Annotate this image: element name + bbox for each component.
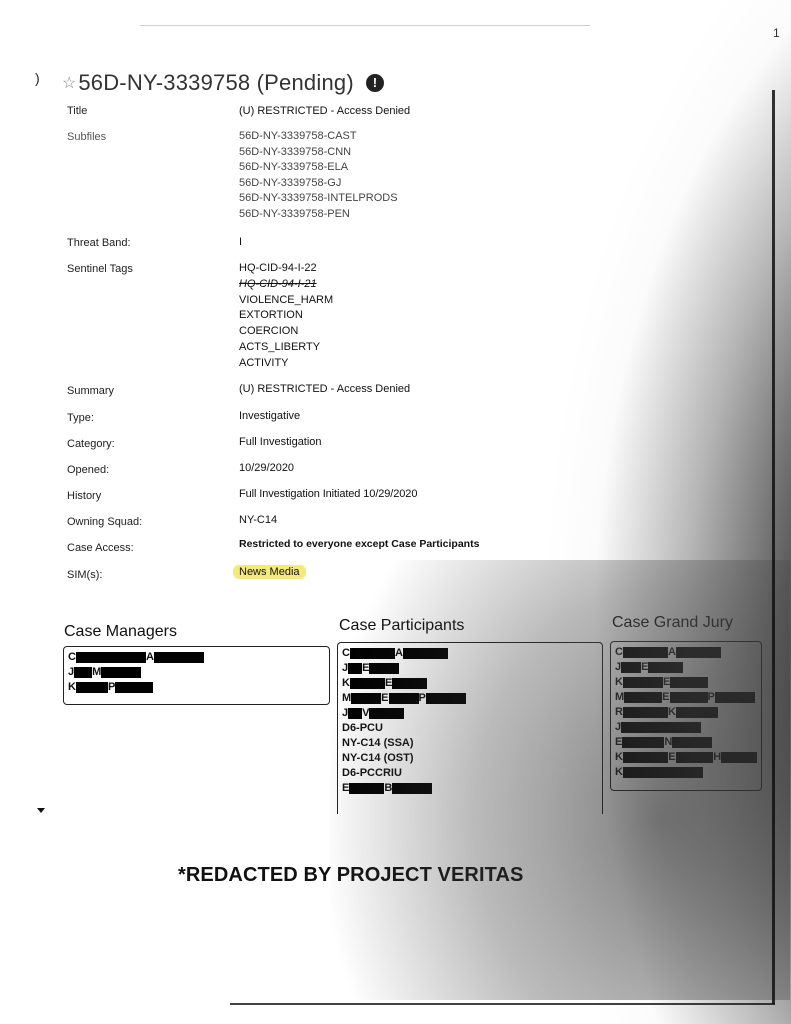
redaction-bar bbox=[676, 752, 714, 763]
entry-text: N bbox=[664, 735, 672, 750]
entry-text: E bbox=[362, 661, 369, 676]
redaction-bar bbox=[389, 693, 419, 704]
person-entry[interactable]: CA bbox=[615, 645, 757, 660]
redaction-bar bbox=[621, 662, 641, 673]
person-entry[interactable]: CA bbox=[342, 646, 598, 661]
page-edge-bottom bbox=[230, 1003, 775, 1005]
case-grand-jury-title: Case Grand Jury bbox=[612, 614, 733, 632]
person-entry[interactable]: KE bbox=[342, 676, 598, 691]
redaction-bar bbox=[392, 678, 427, 689]
sentinel-tag: VIOLENCE_HARM bbox=[239, 293, 333, 309]
entry-text: NY-C14 (SSA) bbox=[342, 736, 414, 751]
star-outline-icon[interactable]: ☆ bbox=[62, 73, 76, 93]
redaction-bar bbox=[348, 708, 362, 719]
entry-text: M bbox=[92, 665, 101, 680]
case-access-label: Case Access: bbox=[67, 542, 134, 554]
history-value: Full Investigation Initiated 10/29/2020 bbox=[239, 487, 417, 503]
entry-text: C bbox=[342, 646, 350, 661]
entry-text: K bbox=[68, 680, 76, 695]
entry-text: E bbox=[641, 660, 648, 675]
sentinel-tag: COERCION bbox=[239, 324, 333, 340]
person-entry[interactable]: JM bbox=[68, 665, 325, 680]
page-mark: 1 bbox=[773, 26, 780, 40]
redaction-bar bbox=[115, 682, 153, 693]
entry-text: E bbox=[668, 750, 675, 765]
type-value: Investigative bbox=[239, 409, 300, 425]
entry-text: D6-PCCRIU bbox=[342, 766, 402, 781]
category-label: Category: bbox=[67, 438, 115, 450]
sentinel-tag: HQ-CID-94-I-22 bbox=[239, 261, 333, 277]
subfile-item[interactable]: 56D-NY-3339758-INTELPRODS bbox=[239, 191, 398, 207]
redaction-bar bbox=[369, 663, 399, 674]
case-managers-title: Case Managers bbox=[64, 623, 177, 641]
subfile-item[interactable]: 56D-NY-3339758-CNN bbox=[239, 145, 398, 161]
sentinel-tag: EXTORTION bbox=[239, 308, 333, 324]
redaction-bar bbox=[648, 662, 683, 673]
category-value: Full Investigation bbox=[239, 435, 322, 451]
redaction-bar bbox=[623, 707, 668, 718]
threat-band-label: Threat Band: bbox=[67, 237, 131, 249]
owning-squad-label: Owning Squad: bbox=[67, 516, 142, 528]
threat-band-value: I bbox=[239, 235, 242, 251]
redaction-bar bbox=[350, 678, 385, 689]
person-entry[interactable]: NY-C14 (OST) bbox=[342, 751, 598, 766]
entry-text: C bbox=[615, 645, 623, 660]
redaction-bar bbox=[351, 693, 381, 704]
case-participants-list: CAJEKEMEPJVD6-PCUNY-C14 (SSA)NY-C14 (OST… bbox=[337, 642, 603, 814]
entry-text: D6-PCU bbox=[342, 721, 383, 736]
entry-text: B bbox=[384, 781, 392, 796]
sentinel-tag: ACTS_LIBERTY bbox=[239, 340, 333, 356]
entry-text: E bbox=[342, 781, 349, 796]
person-entry[interactable]: J bbox=[615, 720, 757, 735]
redaction-bar bbox=[623, 647, 668, 658]
entry-text: E bbox=[662, 690, 669, 705]
case-managers-list: CAJMKP bbox=[63, 646, 330, 705]
sims-value: News Media bbox=[239, 565, 306, 581]
redaction-bar bbox=[154, 652, 204, 663]
scan-top-line bbox=[140, 25, 590, 26]
subfiles-label: Subfiles bbox=[67, 131, 106, 143]
person-entry[interactable]: KEH bbox=[615, 750, 757, 765]
case-grand-jury-list: CAJEKEMEPRKJENKEHK bbox=[610, 641, 762, 791]
redaction-bar bbox=[623, 767, 703, 778]
redaction-bar bbox=[676, 647, 721, 658]
scan-mark: ‍) bbox=[35, 70, 40, 86]
entry-text: K bbox=[615, 765, 623, 780]
redaction-bar bbox=[76, 682, 108, 693]
summary-value: (U) RESTRICTED - Access Denied bbox=[239, 382, 410, 398]
redaction-bar bbox=[348, 663, 362, 674]
entry-text: R bbox=[615, 705, 623, 720]
exclamation-circle-icon[interactable]: ! bbox=[366, 74, 384, 92]
subfile-item[interactable]: 56D-NY-3339758-ELA bbox=[239, 160, 398, 176]
entry-text: A bbox=[668, 645, 676, 660]
person-entry[interactable]: CA bbox=[68, 650, 325, 665]
entry-text: E bbox=[381, 691, 388, 706]
redaction-bar bbox=[676, 707, 718, 718]
entry-text: P bbox=[708, 690, 715, 705]
owning-squad-value: NY-C14 bbox=[239, 513, 277, 529]
redaction-bar bbox=[670, 677, 708, 688]
entry-text: E bbox=[615, 735, 622, 750]
redaction-bar bbox=[101, 667, 141, 678]
entry-text: P bbox=[108, 680, 115, 695]
redaction-bar bbox=[622, 737, 664, 748]
person-entry[interactable]: D6-PCCRIU bbox=[342, 766, 598, 781]
case-title: 56D-NY-3339758 (Pending) bbox=[78, 70, 354, 96]
person-entry[interactable]: D6-PCU bbox=[342, 721, 598, 736]
person-entry[interactable]: JE bbox=[615, 660, 757, 675]
subfile-item[interactable]: 56D-NY-3339758-CAST bbox=[239, 129, 398, 145]
person-entry[interactable]: K bbox=[615, 765, 757, 780]
redaction-bar bbox=[76, 652, 146, 663]
summary-label: Summary bbox=[67, 385, 114, 397]
entry-text: M bbox=[615, 690, 624, 705]
redaction-bar bbox=[670, 692, 708, 703]
subfile-item[interactable]: 56D-NY-3339758-PEN bbox=[239, 207, 398, 223]
opened-label: Opened: bbox=[67, 464, 109, 476]
sentinel-tag: ACTIVITY bbox=[239, 356, 333, 372]
redaction-watermark: *REDACTED BY PROJECT VERITAS bbox=[178, 864, 523, 887]
person-entry[interactable]: RK bbox=[615, 705, 757, 720]
redaction-bar bbox=[426, 693, 466, 704]
redaction-bar bbox=[74, 667, 92, 678]
entry-text: K bbox=[615, 750, 623, 765]
subfiles-list: 56D-NY-3339758-CAST 56D-NY-3339758-CNN 5… bbox=[239, 129, 398, 222]
title-value: (U) RESTRICTED - Access Denied bbox=[239, 104, 410, 120]
page-edge-right bbox=[772, 90, 775, 1004]
entry-text: E bbox=[663, 675, 670, 690]
entry-text: NY-C14 (OST) bbox=[342, 751, 414, 766]
entry-text: K bbox=[668, 705, 676, 720]
sims-label: SIM(s): bbox=[67, 569, 102, 581]
person-entry[interactable]: MEP bbox=[342, 691, 598, 706]
entry-text: H bbox=[713, 750, 721, 765]
person-entry[interactable]: KP bbox=[68, 680, 325, 695]
entry-text: K bbox=[342, 676, 350, 691]
entry-text: A bbox=[146, 650, 154, 665]
case-access-value: Restricted to everyone except Case Parti… bbox=[239, 537, 479, 553]
redaction-bar bbox=[623, 752, 668, 763]
case-header: ☆ 56D-NY-3339758 (Pending) ! bbox=[62, 70, 384, 96]
person-entry[interactable]: MEP bbox=[615, 690, 757, 705]
entry-text: V bbox=[362, 706, 369, 721]
sentinel-tags-list: HQ-CID-94-I-22 HQ-CID-94-I-21 VIOLENCE_H… bbox=[239, 261, 333, 372]
entry-text: M bbox=[342, 691, 351, 706]
entry-text: A bbox=[395, 646, 403, 661]
redaction-bar bbox=[350, 648, 395, 659]
entry-text: C bbox=[68, 650, 76, 665]
redaction-bar bbox=[369, 708, 404, 719]
redaction-bar bbox=[621, 722, 701, 733]
redaction-bar bbox=[392, 783, 432, 794]
redaction-bar bbox=[721, 752, 757, 763]
entry-text: P bbox=[419, 691, 426, 706]
person-entry[interactable]: NY-C14 (SSA) bbox=[342, 736, 598, 751]
person-entry[interactable]: JE bbox=[342, 661, 598, 676]
opened-value: 10/29/2020 bbox=[239, 461, 294, 477]
redaction-bar bbox=[403, 648, 448, 659]
entry-text: K bbox=[615, 675, 623, 690]
sentinel-tags-label: Sentinel Tags bbox=[67, 263, 133, 275]
person-entry[interactable]: JV bbox=[342, 706, 598, 721]
case-participants-title: Case Participants bbox=[339, 617, 464, 635]
person-entry[interactable]: EN bbox=[615, 735, 757, 750]
subfile-item[interactable]: 56D-NY-3339758-GJ bbox=[239, 176, 398, 192]
redaction-bar bbox=[624, 692, 662, 703]
redaction-bar bbox=[349, 783, 384, 794]
entry-text: E bbox=[385, 676, 392, 691]
person-entry[interactable]: EB bbox=[342, 781, 598, 796]
title-label: Title bbox=[67, 105, 87, 117]
history-label: History bbox=[67, 490, 101, 502]
redaction-bar bbox=[672, 737, 712, 748]
type-label: Type: bbox=[67, 412, 94, 424]
redaction-bar bbox=[623, 677, 663, 688]
redaction-bar bbox=[715, 692, 755, 703]
sentinel-tag-struck: HQ-CID-94-I-21 bbox=[239, 277, 333, 293]
sim-tag[interactable]: News Media bbox=[233, 565, 306, 579]
person-entry[interactable]: KE bbox=[615, 675, 757, 690]
caret-down-icon[interactable] bbox=[37, 808, 45, 813]
